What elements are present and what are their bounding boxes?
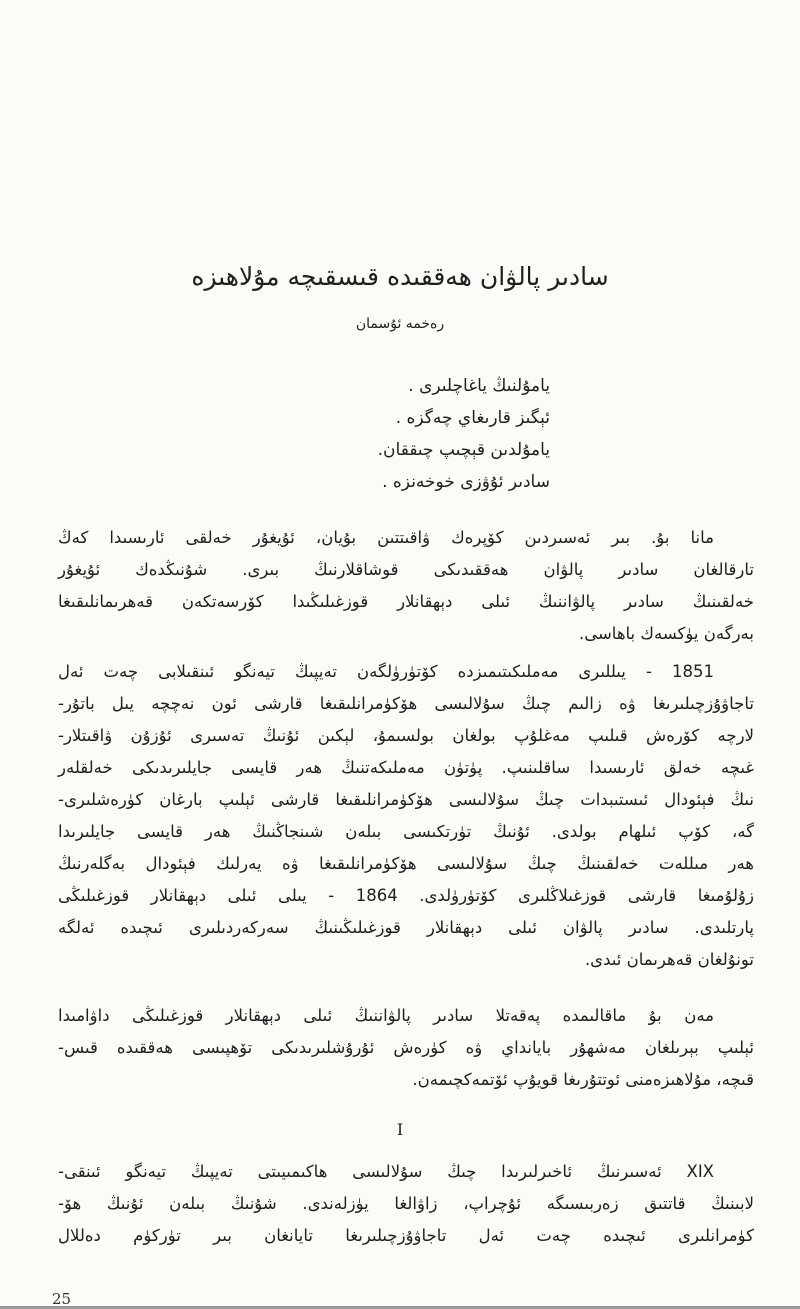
text-line: مانا بۇ. بىر ئەسىردىن كۆپرەك ۋاقىتتىن بۇ…: [58, 522, 754, 554]
text-line: XIX ئەسىرنىڭ ئاخىرلىرىدا چىڭ سۇلالىسى ھا…: [58, 1156, 754, 1188]
poem-line: يامۇلنىڭ ياغاچلىرى .: [290, 370, 550, 402]
text-line: گە، كۆپ ئىلھام بولدى. ئۇنىڭ تۈرتكىسى بىل…: [58, 816, 754, 848]
text-line: پارتلىدى. سادىر پالۋان ئىلى دېھقانلار قو…: [58, 912, 754, 944]
paragraph-3: مەن بۇ ماقالىمدە پەقەتلا سادىر پالۋاننىڭ…: [58, 1000, 754, 1096]
article-title: سادىر پالۋان ھەققىدە قىسقىچە مۇلاھىزە: [0, 262, 800, 291]
paragraph-4: XIX ئەسىرنىڭ ئاخىرلىرىدا چىڭ سۇلالىسى ھا…: [58, 1156, 754, 1252]
scanned-page: سادىر پالۋان ھەققىدە قىسقىچە مۇلاھىزە رە…: [0, 0, 800, 1309]
poem-block: يامۇلنىڭ ياغاچلىرى . ئېگىز قارىغاي چەگزە…: [290, 370, 550, 498]
paragraph-1: مانا بۇ. بىر ئەسىردىن كۆپرەك ۋاقىتتىن بۇ…: [58, 522, 754, 650]
text-line: تاجاۋۇزچىلىرىغا ۋە زالىم چىڭ سۇلالىسى ھۆ…: [58, 688, 754, 720]
text-line: ھەر مىللەت خەلقىنىڭ چىڭ سۇلالىسى ھۆكۈمرا…: [58, 848, 754, 880]
paragraph-2: 1851 - يىللىرى مەملىكىتىمىزدە كۆتۈرۈلگەن…: [58, 656, 754, 976]
author-name: رەخمە ئۇسمان: [0, 316, 800, 332]
text-line: نىڭ فېئودال ئىستىبدات چىڭ سۇلالىسى ھۆكۈم…: [58, 784, 754, 816]
text-line: قىچە، مۇلاھىزەمنى ئوتتۇرىغا قويۇپ ئۆتمەك…: [58, 1064, 754, 1096]
poem-line: يامۇلدىن قېچىپ چىققان.: [290, 434, 550, 466]
poem-line: ئېگىز قارىغاي چەگزە .: [290, 402, 550, 434]
text-line: ئېلىپ بېرىلغان مەشھۇر بايانداي ۋە كۈرەش …: [58, 1032, 754, 1064]
text-line: زۇلۇمىغا قارشى قوزغىلاڭلىرى كۆتۈرۈلدى. 1…: [58, 880, 754, 912]
text-line: غىچە خەلق ئارىسىدا ساقلىنىپ. پۈتۈن مەملى…: [58, 752, 754, 784]
text-line: بەرگەن يۈكسەك باھاسى.: [58, 618, 754, 650]
text-line: تارقالغان سادىر پالۋان ھەققىدىكى قوشاقلا…: [58, 554, 754, 586]
text-line: 1851 - يىللىرى مەملىكىتىمىزدە كۆتۈرۈلگەن…: [58, 656, 754, 688]
section-number: I: [0, 1120, 800, 1139]
text-line: كۈمرانلىرى ئىچىدە چەت ئەل تاجاۋۇزچىلىرىغ…: [58, 1220, 754, 1252]
text-line: لابىنىڭ قاتتىق زەربىسىگە ئۇچراپ، زاۋالغا…: [58, 1188, 754, 1220]
text-line: مەن بۇ ماقالىمدە پەقەتلا سادىر پالۋاننىڭ…: [58, 1000, 754, 1032]
text-line: خەلقىنىڭ سادىر پالۋاننىڭ ئىلى دېھقانلار …: [58, 586, 754, 618]
poem-line: سادىر ئۇۋزى خوخەنزە .: [290, 466, 550, 498]
text-line: لارچە كۆرەش قىلىپ مەغلۇپ بولغان بولسىمۇ،…: [58, 720, 754, 752]
text-line: تونۇلغان قەھرىمان ئىدى.: [58, 944, 754, 976]
